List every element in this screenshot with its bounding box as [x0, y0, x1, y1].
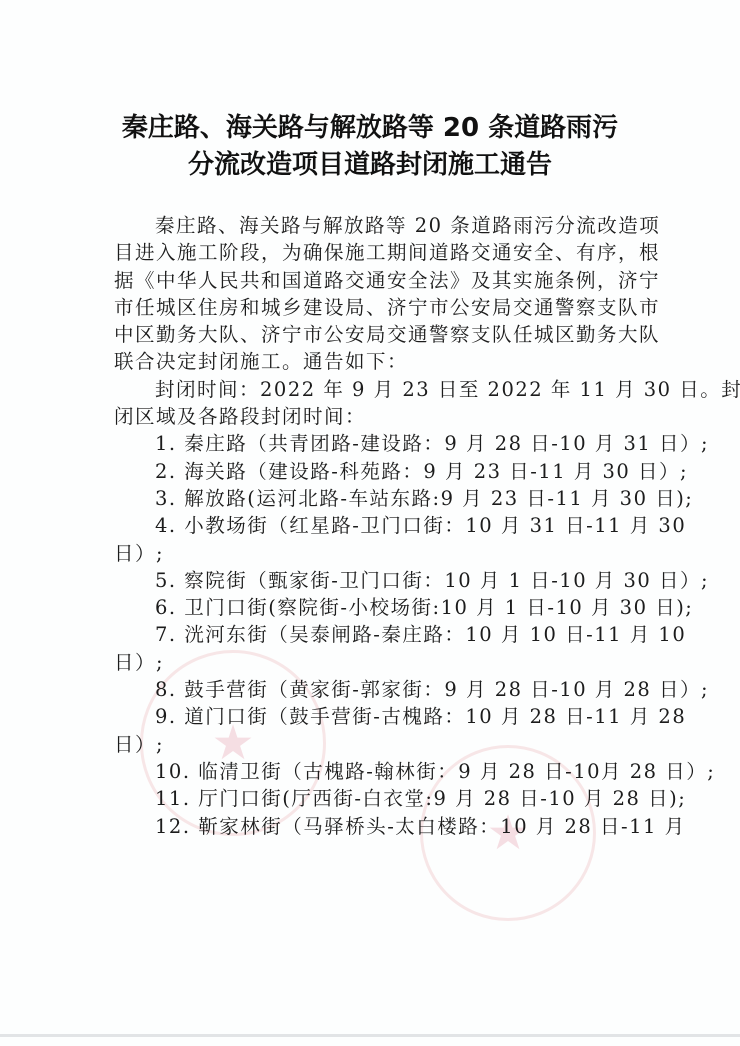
document-title-line-2: 分流改造项目道路封闭施工通告 [100, 145, 640, 185]
page-bottom-edge [0, 1034, 740, 1037]
road-item-7: 7. 洸河东街（吴泰闸路-秦庄路：10 月 10 日-11 月 10 [114, 621, 634, 648]
document-page: ★ ★ 秦庄路、海关路与解放路等 20 条道路雨污 分流改造项目道路封闭施工通告… [0, 0, 740, 1046]
intro-line: 目进入施工阶段，为确保施工期间道路交通安全、有序，根 [114, 239, 634, 266]
closure-period-line: 闭区域及各路段封闭时间： [114, 403, 634, 430]
road-item-10: 10. 临清卫街（古槐路-翰林街：9 月 28 日-10月 28 日）; [114, 758, 634, 785]
notice-body: 秦庄路、海关路与解放路等 20 条道路雨污分流改造项 目进入施工阶段，为确保施工… [114, 212, 634, 840]
intro-line: 市任城区住房和城乡建设局、济宁市公安局交通警察支队市 [114, 294, 634, 321]
road-item-4-cont: 日）; [114, 540, 634, 567]
road-item-4: 4. 小教场街（红星路-卫门口街：10 月 31 日-11 月 30 [114, 512, 634, 539]
road-item-7-cont: 日）; [114, 649, 634, 676]
document-title-line-1: 秦庄路、海关路与解放路等 20 条道路雨污 [100, 108, 640, 148]
road-item-3: 3. 解放路(运河北路-车站东路:9 月 23 日-11 月 30 日); [114, 485, 634, 512]
road-item-2: 2. 海关路（建设路-科苑路：9 月 23 日-11 月 30 日）; [114, 458, 634, 485]
road-item-6: 6. 卫门口街(察院街-小校场街:10 月 1 日-10 月 30 日); [114, 594, 634, 621]
intro-line: 据《中华人民共和国道路交通安全法》及其实施条例，济宁 [114, 267, 634, 294]
intro-line: 秦庄路、海关路与解放路等 20 条道路雨污分流改造项 [114, 212, 634, 239]
road-item-1: 1. 秦庄路（共青团路-建设路：9 月 28 日-10 月 31 日）; [114, 430, 634, 457]
road-item-9-cont: 日）; [114, 731, 634, 758]
intro-line: 中区勤务大队、济宁市公安局交通警察支队任城区勤务大队 [114, 321, 634, 348]
road-item-12: 12. 靳家林街（马驿桥头-太白楼路：10 月 28 日-11 月 [114, 813, 634, 840]
closure-period-line: 封闭时间：2022 年 9 月 23 日至 2022 年 11 月 30 日。封 [114, 376, 634, 403]
road-item-9: 9. 道门口街（鼓手营街-古槐路：10 月 28 日-11 月 28 [114, 703, 634, 730]
intro-line: 联合决定封闭施工。通告如下： [114, 348, 634, 375]
road-item-8: 8. 鼓手营街（黄家街-郭家街：9 月 28 日-10 月 28 日）; [114, 676, 634, 703]
road-item-11: 11. 厅门口街(厅西街-白衣堂:9 月 28 日-10 月 28 日); [114, 785, 634, 812]
road-item-5: 5. 察院街（甄家街-卫门口街：10 月 1 日-10 月 30 日）; [114, 567, 634, 594]
